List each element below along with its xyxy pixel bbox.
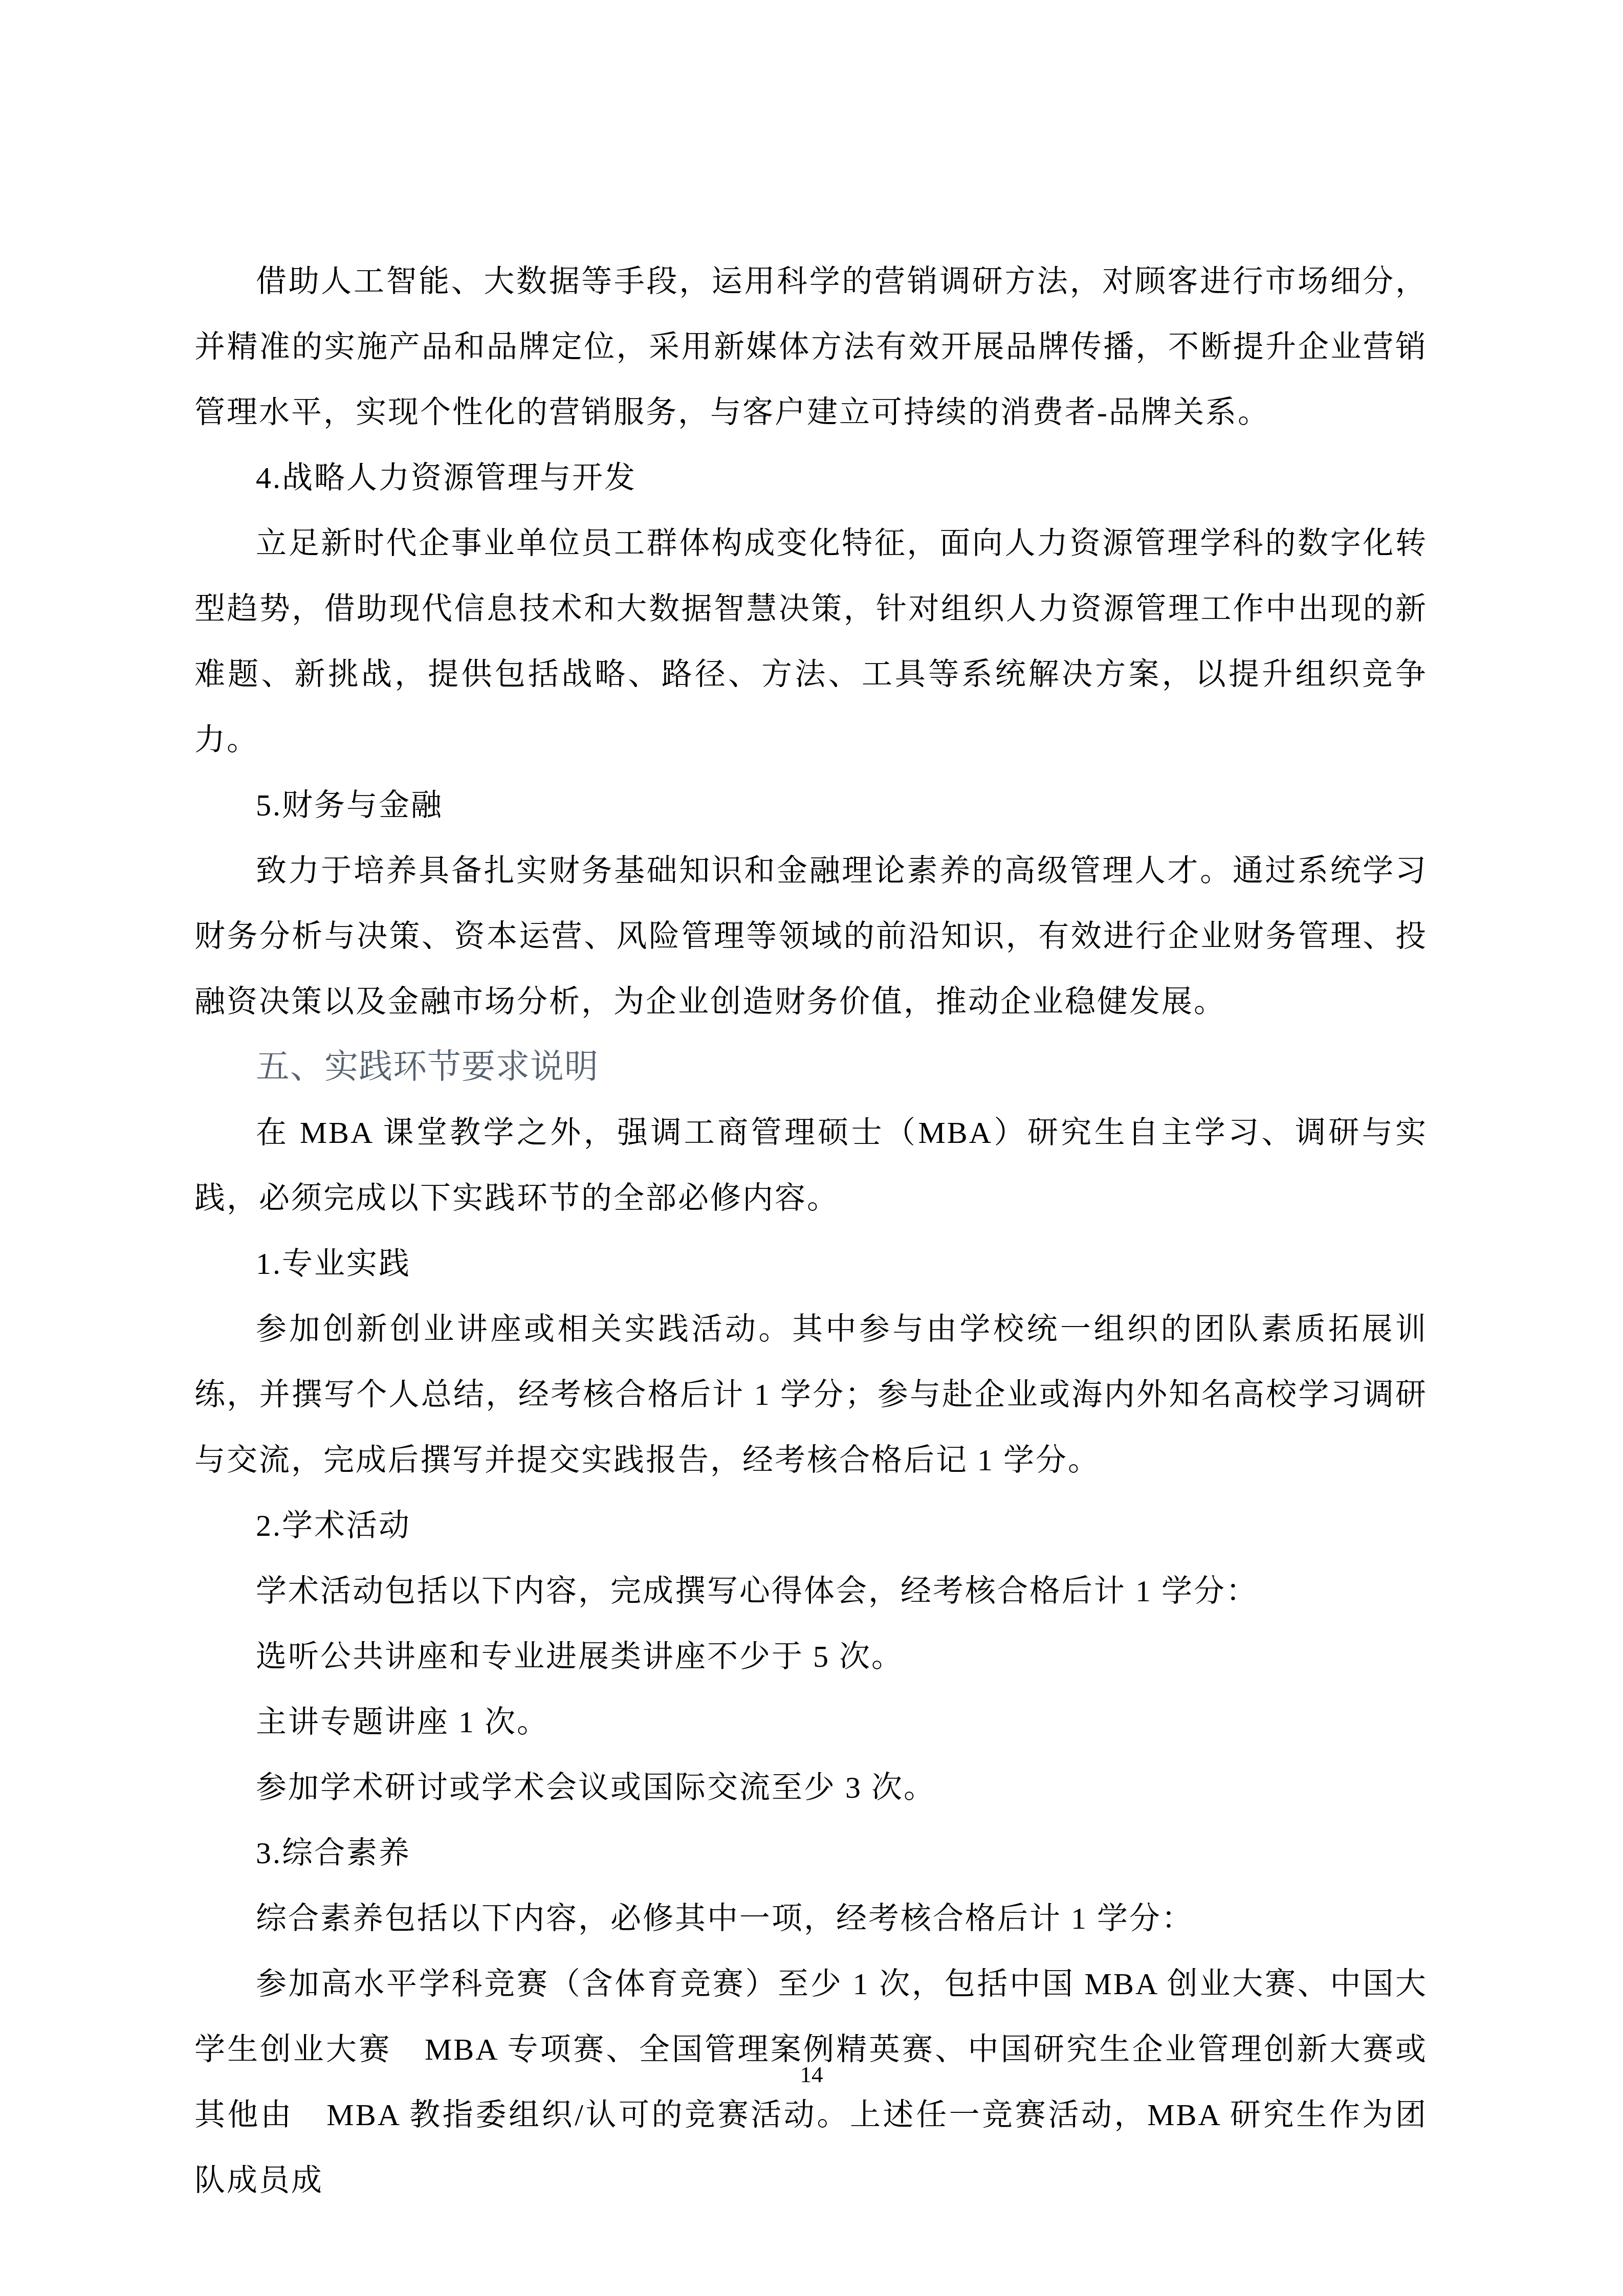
paragraph: 参加创新创业讲座或相关实践活动。其中参与由学校统一组织的团队素质拓展训练，并撰写… [194, 1296, 1428, 1493]
paragraph: 致力于培养具备扎实财务基础知识和金融理论素养的高级管理人才。通过系统学习财务分析… [194, 838, 1428, 1034]
paragraph: 综合素养包括以下内容，必修其中一项，经考核合格后计 1 学分： [194, 1886, 1428, 1951]
paragraph: 5.财务与金融 [194, 772, 1428, 838]
document-content: 借助人工智能、大数据等手段，运用科学的营销调研方法，对顾客进行市场细分，并精准的… [194, 249, 1428, 2213]
paragraph: 1.专业实践 [194, 1231, 1428, 1296]
section-heading: 五、实践环节要求说明 [194, 1034, 1428, 1100]
paragraph: 学术活动包括以下内容，完成撰写心得体会，经考核合格后计 1 学分： [194, 1558, 1428, 1624]
paragraph: 2.学术活动 [194, 1493, 1428, 1558]
paragraph: 在 MBA 课堂教学之外，强调工商管理硕士（MBA）研究生自主学习、调研与实践，… [194, 1100, 1428, 1231]
paragraph: 借助人工智能、大数据等手段，运用科学的营销调研方法，对顾客进行市场细分，并精准的… [194, 249, 1428, 445]
paragraph: 立足新时代企事业单位员工群体构成变化特征，面向人力资源管理学科的数字化转型趋势，… [194, 511, 1428, 772]
paragraph: 主讲专题讲座 1 次。 [194, 1689, 1428, 1755]
paragraph: 4.战略人力资源管理与开发 [194, 445, 1428, 511]
page-number: 14 [0, 2062, 1623, 2087]
paragraph: 参加学术研讨或学术会议或国际交流至少 3 次。 [194, 1755, 1428, 1820]
document-page: 借助人工智能、大数据等手段，运用科学的营销调研方法，对顾客进行市场细分，并精准的… [0, 0, 1623, 2296]
paragraph: 3.综合素养 [194, 1820, 1428, 1886]
paragraph: 选听公共讲座和专业进展类讲座不少于 5 次。 [194, 1624, 1428, 1689]
